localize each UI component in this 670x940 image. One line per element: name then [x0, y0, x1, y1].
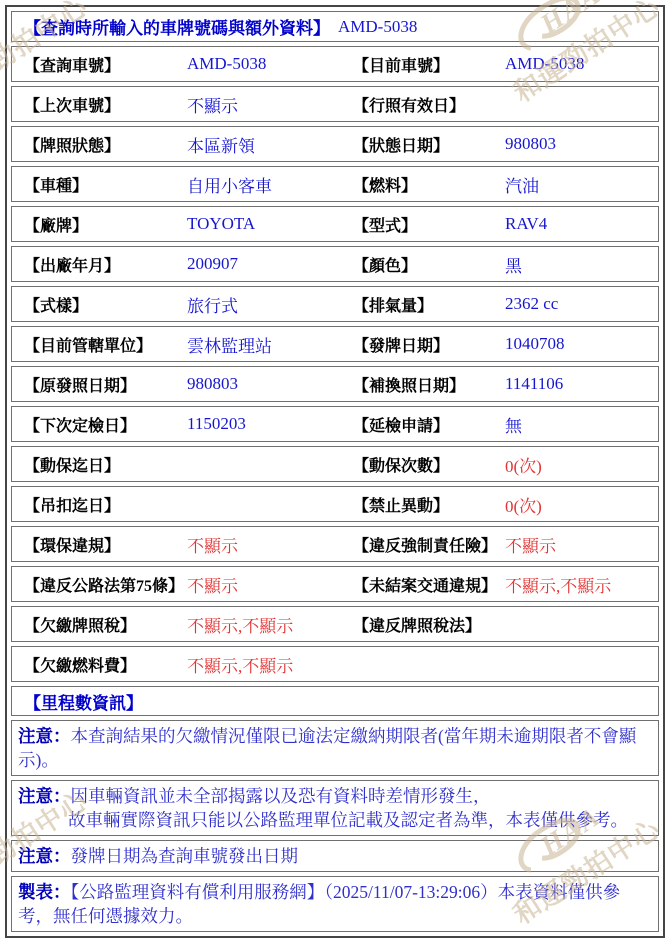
table-row: 【上次車號】不顯示【行照有效日】	[11, 86, 659, 122]
note-prefix: 製表：	[18, 882, 71, 902]
field-label: 【欠繳燃料費】	[24, 653, 187, 676]
table-row: 【出廠年月】200907【顏色】黑	[11, 246, 659, 282]
table-row: 【欠繳燃料費】不顯示,不顯示	[11, 646, 659, 682]
table-row: 【動保迄日】【動保次數】0(次)	[11, 446, 659, 482]
field-label: 【型式】	[353, 213, 505, 236]
note-line: 注意：發牌日期為查詢車號發出日期	[18, 844, 650, 868]
table-row: 【車種】自用小客車【燃料】汽油	[11, 166, 659, 202]
note-line: 注意：本查詢結果的欠繳情況僅限已逾法定繳納期限者(當年期未逾期限者不會顯示)。	[18, 724, 650, 772]
note-row: 注意：發牌日期為查詢車號發出日期	[11, 840, 659, 872]
field-value: AMD-5038	[187, 54, 353, 74]
field-value: AMD-5038	[505, 54, 584, 74]
table-row: 【原發照日期】980803【補換照日期】1141106	[11, 366, 659, 402]
field-label: 【環保違規】	[24, 533, 187, 556]
field-label: 【原發照日期】	[24, 373, 187, 396]
field-value: 200907	[187, 254, 353, 274]
field-label: 【顏色】	[353, 253, 505, 276]
field-label: 【出廠年月】	[24, 253, 187, 276]
query-header-label: 【查詢時所輸入的車牌號碼與額外資料】	[24, 14, 330, 39]
field-value: 不顯示	[505, 532, 556, 557]
field-label: 【動保次數】	[353, 453, 505, 476]
field-label: 【動保迄日】	[24, 453, 187, 476]
query-header-plate-value: AMD-5038	[338, 17, 417, 37]
note-prefix: 注意：	[18, 726, 71, 746]
field-label: 【吊扣迄日】	[24, 493, 187, 516]
field-label: 【燃料】	[353, 173, 505, 196]
field-label: 【補換照日期】	[353, 373, 505, 396]
field-label: 【目前車號】	[353, 53, 505, 76]
table-row: 【下次定檢日】1150203【延檢申請】無	[11, 406, 659, 442]
field-value: 980803	[187, 374, 353, 394]
field-label: 【排氣量】	[353, 293, 505, 316]
note-row: 注意：因車輛資訊並未全部揭露以及恐有資料時差情形發生，故車輛實際資訊只能以公路監…	[11, 780, 659, 836]
field-label: 【上次車號】	[24, 93, 187, 116]
table-row: 【牌照狀態】本區新領【狀態日期】980803	[11, 126, 659, 162]
field-value: 2362 cc	[505, 294, 558, 314]
field-label: 【違反牌照稅法】	[353, 613, 505, 636]
table-row: 【環保違規】不顯示【違反強制責任險】不顯示	[11, 526, 659, 562]
field-value: 旅行式	[187, 292, 353, 317]
field-value: 0(次)	[505, 492, 542, 517]
field-label: 【行照有效日】	[353, 93, 505, 116]
field-label: 【式樣】	[24, 293, 187, 316]
vehicle-registry-report-page: 【查詢時所輸入的車牌號碼與額外資料】 AMD-5038 【查詢車號】AMD-50…	[0, 0, 670, 940]
note-line: 注意：因車輛資訊並未全部揭露以及恐有資料時差情形發生，	[18, 784, 650, 808]
field-value: 不顯示	[187, 532, 353, 557]
table-row: 【欠繳牌照稅】不顯示,不顯示【違反牌照稅法】	[11, 606, 659, 642]
field-label: 【車種】	[24, 173, 187, 196]
field-label: 【欠繳牌照稅】	[24, 613, 187, 636]
field-value: 不顯示	[187, 572, 353, 597]
field-value: 不顯示,不顯示	[187, 612, 353, 637]
maker-row: 製表：【公路監理資料有償利用服務網】（2025/11/07-13:29:06）本…	[11, 876, 659, 932]
report-table: 【查詢時所輸入的車牌號碼與額外資料】 AMD-5038 【查詢車號】AMD-50…	[5, 5, 665, 938]
note-row: 注意：本查詢結果的欠繳情況僅限已逾法定繳納期限者(當年期未逾期限者不會顯示)。	[11, 720, 659, 776]
field-label: 【查詢車號】	[24, 53, 187, 76]
field-label: 【目前管轄單位】	[24, 333, 187, 356]
field-value: 不顯示	[187, 92, 353, 117]
note-prefix: 注意：	[18, 786, 71, 806]
table-row: 【目前管轄單位】雲林監理站【發牌日期】1040708	[11, 326, 659, 362]
field-value: 黑	[505, 252, 522, 277]
field-value: 本區新領	[187, 132, 353, 157]
field-label: 【廠牌】	[24, 213, 187, 236]
field-label: 【未結案交通違規】	[353, 573, 505, 596]
field-value: 1040708	[505, 334, 565, 354]
mileage-section-header-row: 【里程數資訊】	[11, 686, 659, 716]
field-label: 【發牌日期】	[353, 333, 505, 356]
note-line: 故車輛實際資訊只能以公路監理單位記載及認定者為準，本表僅供參考。	[18, 808, 650, 832]
field-value: 1141106	[505, 374, 563, 394]
field-value: TOYOTA	[187, 214, 353, 234]
table-row: 【查詢車號】AMD-5038【目前車號】AMD-5038	[11, 46, 659, 82]
table-row: 【違反公路法第75條】不顯示【未結案交通違規】不顯示,不顯示	[11, 566, 659, 602]
table-row: 【廠牌】TOYOTA【型式】RAV4	[11, 206, 659, 242]
field-value: 無	[505, 412, 522, 437]
field-label: 【狀態日期】	[353, 133, 505, 156]
field-value: 自用小客車	[187, 172, 353, 197]
field-value: 980803	[505, 134, 556, 154]
field-label: 【違反強制責任險】	[353, 533, 505, 556]
field-value: 不顯示,不顯示	[187, 652, 353, 677]
note-line: 製表：【公路監理資料有償利用服務網】（2025/11/07-13:29:06）本…	[18, 880, 650, 928]
field-label: 【禁止異動】	[353, 493, 505, 516]
field-label: 【延檢申請】	[353, 413, 505, 436]
table-row: 【式樣】旅行式【排氣量】2362 cc	[11, 286, 659, 322]
field-label: 【牌照狀態】	[24, 133, 187, 156]
query-header-row: 【查詢時所輸入的車牌號碼與額外資料】 AMD-5038	[11, 11, 659, 42]
mileage-section-label: 【里程數資訊】	[24, 689, 143, 714]
note-prefix: 注意：	[18, 846, 71, 866]
field-value: 雲林監理站	[187, 332, 353, 357]
field-label: 【下次定檢日】	[24, 413, 187, 436]
field-value: 汽油	[505, 172, 539, 197]
field-value: 0(次)	[505, 452, 542, 477]
field-value: RAV4	[505, 214, 547, 234]
table-row: 【吊扣迄日】【禁止異動】0(次)	[11, 486, 659, 522]
field-value: 1150203	[187, 414, 353, 434]
field-value: 不顯示,不顯示	[505, 572, 611, 597]
field-label: 【違反公路法第75條】	[24, 573, 187, 596]
